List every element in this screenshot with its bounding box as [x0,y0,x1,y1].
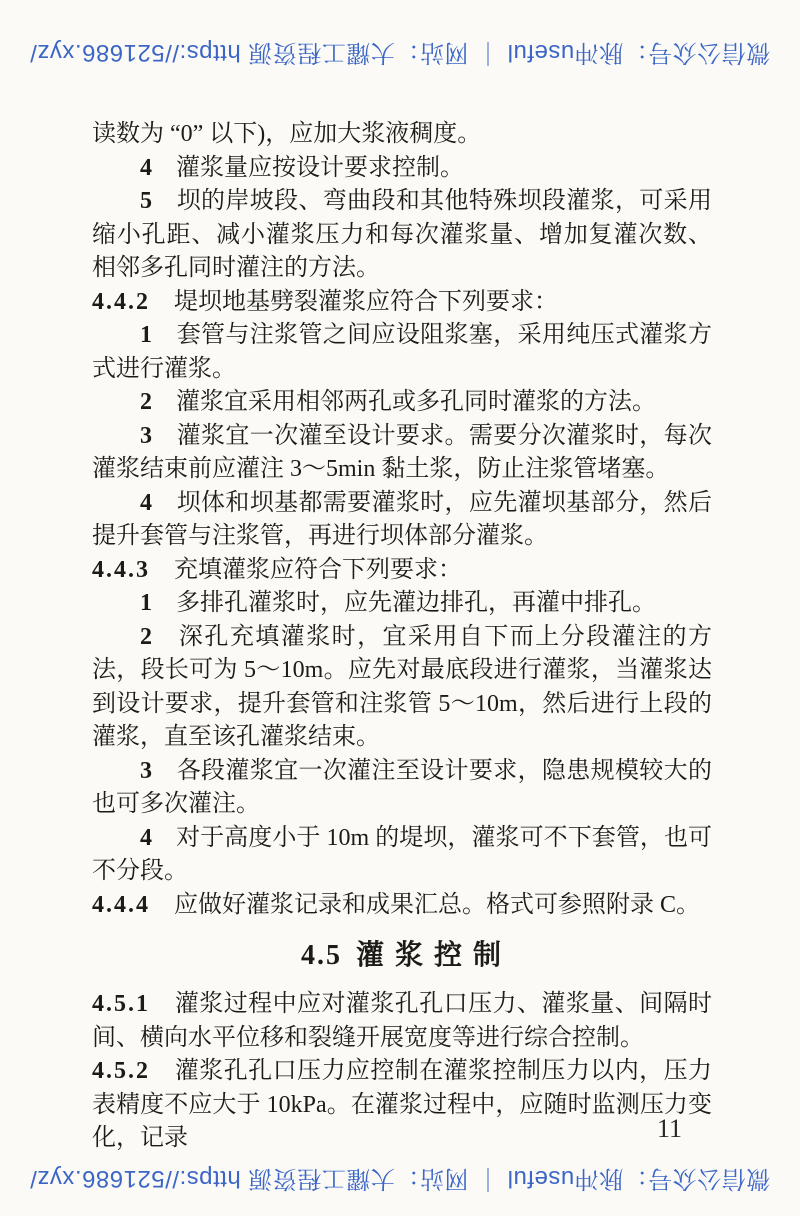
section-heading-title: 灌 浆 控 制 [356,940,503,971]
document-page: 微信公众号：脉冲useful ｜ 网站：大耀工程资源 https://52168… [0,0,800,1216]
paragraph: 5 坝的岸坡段、弯曲段和其他特殊坝段灌浆，可采用缩小孔距、减小灌浆压力和每次灌浆… [92,185,712,286]
section-heading: 4.5灌 浆 控 制 [92,936,712,976]
clause-number: 4.4.2 [92,289,150,315]
clause-number: 4.4.3 [92,557,150,583]
watermark-bottom: 微信公众号：脉冲useful ｜ 网站：大耀工程资源 https://52168… [0,1164,800,1199]
page-number: 11 [657,1114,682,1144]
paragraph: 2 灌浆宜采用相邻两孔或多孔同时灌浆的方法。 [92,386,712,420]
item-number: 3 [140,758,152,784]
document-body: 读数为 “0” 以下)，应加大浆液稠度。4 灌浆量应按设计要求控制。5 坝的岸坡… [92,118,712,1156]
body-paragraphs: 读数为 “0” 以下)，应加大浆液稠度。4 灌浆量应按设计要求控制。5 坝的岸坡… [92,118,712,1156]
paragraph: 读数为 “0” 以下)，应加大浆液稠度。 [92,118,712,152]
paragraph: 4 坝体和坝基都需要灌浆时，应先灌坝基部分，然后提升套管与注浆管，再进行坝体部分… [92,487,712,554]
item-number: 5 [140,188,152,214]
clause-number: 4.5.1 [92,991,150,1017]
paragraph: 3 各段灌浆宜一次灌注至设计要求，隐患规模较大的也可多次灌注。 [92,755,712,822]
item-number: 4 [140,825,152,851]
paragraph: 4.5.1 灌浆过程中应对灌浆孔孔口压力、灌浆量、间隔时间、横向水平位移和裂缝开… [92,988,712,1055]
clause-number: 4.4.4 [92,892,150,918]
paragraph: 2 深孔充填灌浆时，宜采用自下而上分段灌注的方法，段长可为 5～10m。应先对最… [92,621,712,755]
paragraph: 4.4.4 应做好灌浆记录和成果汇总。格式可参照附录 C。 [92,889,712,923]
paragraph: 4 对于高度小于 10m 的堤坝，灌浆可不下套管，也可不分段。 [92,822,712,889]
paragraph: 1 多排孔灌浆时，应先灌边排孔，再灌中排孔。 [92,587,712,621]
item-number: 4 [140,490,152,516]
item-number: 1 [140,590,152,616]
item-number: 2 [140,624,152,650]
paragraph: 1 套管与注浆管之间应设阻浆塞，采用纯压式灌浆方式进行灌浆。 [92,319,712,386]
paragraph: 4.5.2 灌浆孔孔口压力应控制在灌浆控制压力以内，压力表精度不应大于 10kP… [92,1055,712,1156]
paragraph: 3 灌浆宜一次灌至设计要求。需要分次灌浆时，每次灌浆结束前应灌注 3～5min … [92,420,712,487]
item-number: 1 [140,322,152,348]
item-number: 2 [140,389,152,415]
item-number: 3 [140,423,152,449]
item-number: 4 [140,155,152,181]
paragraph: 4 灌浆量应按设计要求控制。 [92,152,712,186]
paragraph: 4.4.3 充填灌浆应符合下列要求： [92,554,712,588]
clause-number: 4.5.2 [92,1058,150,1084]
watermark-top: 微信公众号：脉冲useful ｜ 网站：大耀工程资源 https://52168… [0,38,800,73]
section-heading-number: 4.5 [301,940,342,971]
paragraph: 4.4.2 堤坝地基劈裂灌浆应符合下列要求： [92,286,712,320]
